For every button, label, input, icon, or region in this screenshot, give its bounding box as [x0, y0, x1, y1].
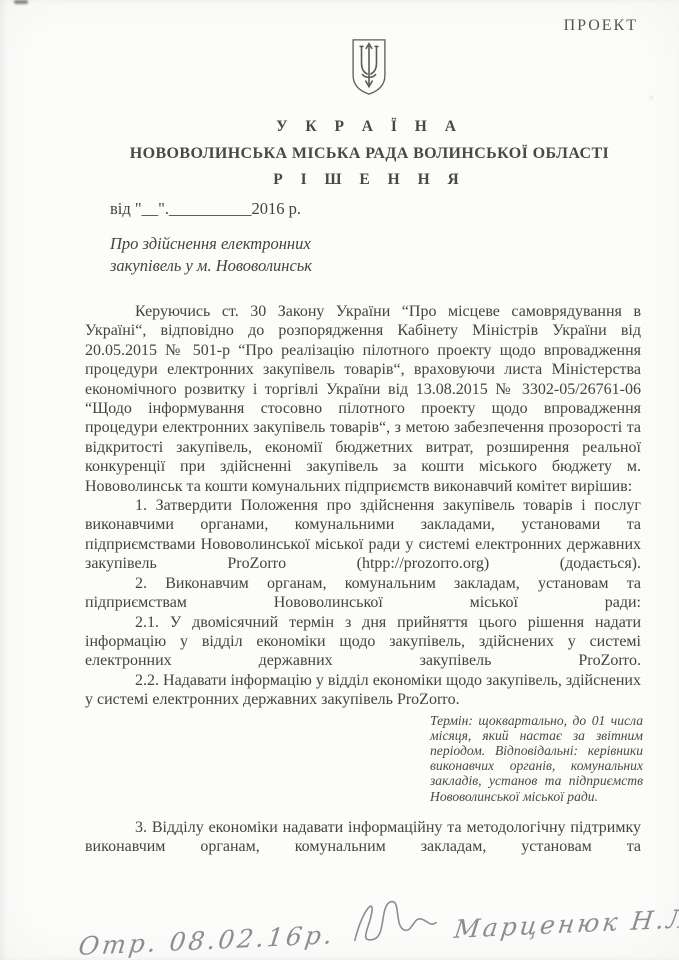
- country-title: У К Р А Ї Н А: [62, 118, 677, 136]
- term-responsibility-note: Термін: щоквартально, до 01 числа місяця…: [430, 713, 643, 804]
- subject-line: закупівель у м. Нововолинськ: [110, 255, 312, 277]
- item-2-2-paragraph: 2.2. Надавати інформацію у відділ економ…: [85, 671, 641, 710]
- handwritten-annotation: Отр. 08.02.16р. Марценюк Н.Л.: [77, 887, 559, 960]
- item-2-1-paragraph: 2.1. У двомісячний термін з дня прийнятт…: [85, 613, 641, 671]
- preamble-paragraph: Керуючись ст. 30 Закону України “Про міс…: [85, 302, 641, 496]
- signature-flourish-icon: [347, 892, 441, 948]
- subject-line: Про здійснення електронних: [110, 233, 312, 255]
- handwritten-date-note: Отр. 08.02.16р.: [77, 920, 337, 960]
- document-body: Керуючись ст. 30 Закону України “Про міс…: [85, 302, 641, 857]
- subject-block: Про здійснення електронних закупівель у …: [110, 233, 312, 277]
- item-1-paragraph: 1. Затвердити Положення про здійснення з…: [85, 496, 641, 574]
- document-type-title: Р І Ш Е Н Н Я: [62, 171, 677, 189]
- council-title: НОВОВОЛИНСЬКА МІСЬКА РАДА ВОЛИНСЬКОЇ ОБЛ…: [62, 145, 677, 163]
- item-3-paragraph: 3. Відділу економіки надавати інформацій…: [85, 818, 641, 857]
- item-2-paragraph: 2. Виконавчим органам, комунальним закла…: [85, 574, 641, 613]
- scan-artifact: [14, 0, 28, 4]
- scanned-document-page: ПРОЕКТ У К Р А Ї Н А НОВОВОЛИНСЬКА МІСЬК…: [0, 0, 679, 960]
- handwritten-name: Марценюк Н.Л.: [453, 903, 679, 943]
- document-header: У К Р А Ї Н А НОВОВОЛИНСЬКА МІСЬКА РАДА …: [62, 118, 677, 189]
- scan-artifact: [650, 96, 653, 99]
- ukraine-trident-emblem-icon: [350, 38, 388, 96]
- draft-stamp: ПРОЕКТ: [564, 17, 638, 35]
- date-line: від "__".__________2016 р.: [110, 199, 301, 219]
